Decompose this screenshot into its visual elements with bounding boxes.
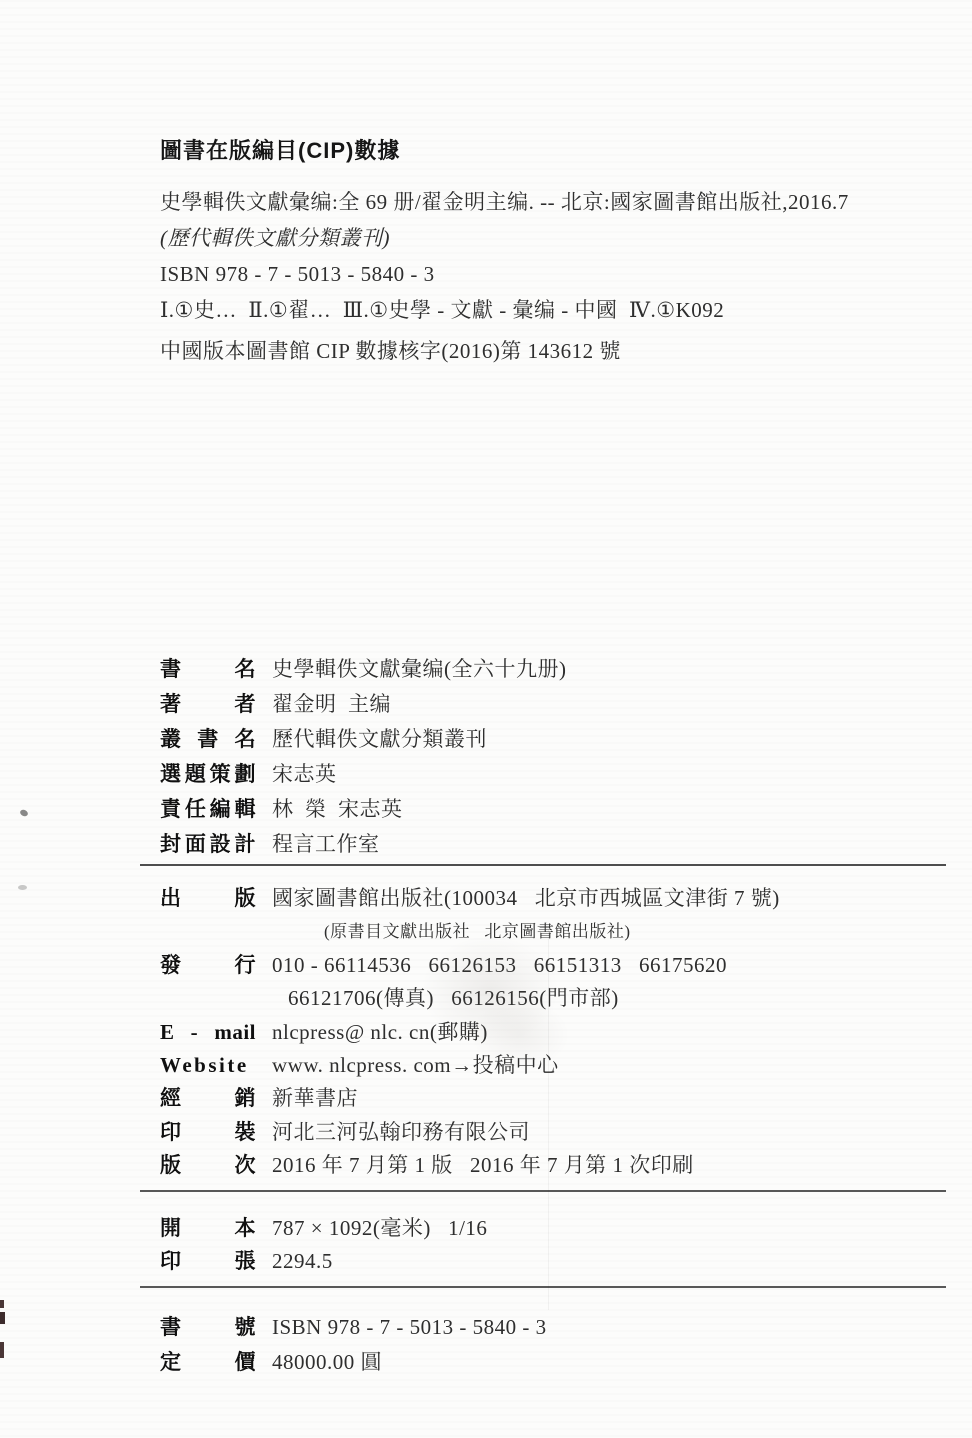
- field-label: 書名: [160, 652, 256, 687]
- field-label: 開本: [160, 1212, 256, 1245]
- format-block: 開本 787 × 1092(毫米) 1/16 印張 2294.5: [160, 1212, 946, 1278]
- field-row-email: E - mail nlcpress@ nlc. cn(郵購): [160, 1016, 946, 1049]
- field-value: 河北三河弘翰印務有限公司: [272, 1116, 530, 1149]
- field-row-former-publishers: (原書目文獻出版社 北京圖書館出版社): [160, 915, 946, 948]
- field-row-series-name: 叢書名 歷代輯佚文獻分類叢刊: [160, 722, 946, 757]
- field-row-printer: 印裝 河北三河弘翰印務有限公司: [160, 1116, 946, 1149]
- field-row-price: 定價 48000.00 圓: [160, 1345, 946, 1380]
- cip-block: 圖書在版編目(CIP)數據 史學輯佚文獻彙编:全 69 册/翟金明主编. -- …: [160, 136, 946, 369]
- field-row-responsible-editor: 責任編輯 林 榮 宋志英: [160, 792, 946, 827]
- scan-edge-mark: [0, 1312, 5, 1324]
- field-value: 林 榮 宋志英: [272, 792, 403, 827]
- field-value: 66121706(傳真) 66126156(門市部): [288, 982, 619, 1015]
- field-row-cover-design: 封面設計 程言工作室: [160, 827, 946, 862]
- field-row-trim-size: 開本 787 × 1092(毫米) 1/16: [160, 1212, 946, 1245]
- cip-series-line: (歷代輯佚文獻分類叢刊): [160, 220, 946, 256]
- field-label: 選題策劃: [160, 757, 256, 792]
- paper-crease: [548, 930, 549, 1310]
- scan-speck: [19, 809, 29, 818]
- field-label: 印張: [160, 1245, 256, 1278]
- field-value: 歷代輯佚文獻分類叢刊: [272, 722, 487, 757]
- field-row-distribution-phones: 發行 010 - 66114536 66126153 66151313 6617…: [160, 949, 946, 982]
- field-value: 國家圖書館出版社(100034 北京市西城區文津街 7 號): [272, 882, 780, 915]
- field-value: 2016 年 7 月第 1 版 2016 年 7 月第 1 次印刷: [272, 1149, 694, 1182]
- field-value: 787 × 1092(毫米) 1/16: [272, 1212, 487, 1245]
- field-label: 發行: [160, 949, 256, 982]
- field-value: 新華書店: [272, 1082, 358, 1115]
- field-row-website: Website www. nlcpress. com→投稿中心: [160, 1049, 946, 1082]
- scan-edge-mark: [0, 1300, 4, 1308]
- cip-heading: 圖書在版編目(CIP)數據: [160, 136, 946, 166]
- field-value: 翟金明 主编: [272, 687, 391, 722]
- field-label: 版次: [160, 1149, 256, 1182]
- field-value: 程言工作室: [272, 827, 380, 862]
- field-row-distribution-phones-continued: 66121706(傳真) 66126156(門市部): [160, 982, 946, 1015]
- field-value: 2294.5: [272, 1245, 333, 1278]
- cip-record-number-line: 中國版本圖書館 CIP 數據核字(2016)第 143612 號: [160, 333, 946, 369]
- divider-line: [140, 864, 946, 866]
- field-row-author: 著者 翟金明 主编: [160, 687, 946, 722]
- field-row-publisher: 出版 國家圖書館出版社(100034 北京市西城區文津街 7 號): [160, 882, 946, 915]
- field-row-book-title: 書名 史學輯佚文獻彙编(全六十九册): [160, 652, 946, 687]
- scan-speck: [18, 885, 27, 890]
- field-label: 印裝: [160, 1116, 256, 1149]
- field-value: 宋志英: [272, 757, 337, 792]
- field-row-printed-sheets: 印張 2294.5: [160, 1245, 946, 1278]
- field-label: 封面設計: [160, 827, 256, 862]
- divider-line: [140, 1190, 946, 1192]
- field-value: 48000.00 圓: [272, 1345, 382, 1379]
- book-info-block: 書名 史學輯佚文獻彙编(全六十九册) 著者 翟金明 主编 叢書名 歷代輯佚文獻分…: [160, 652, 946, 862]
- field-label: 出版: [160, 882, 256, 915]
- field-row-edition: 版次 2016 年 7 月第 1 版 2016 年 7 月第 1 次印刷: [160, 1149, 946, 1182]
- cip-title-line: 史學輯佚文獻彙编:全 69 册/翟金明主编. -- 北京:國家圖書館出版社,20…: [160, 184, 946, 220]
- cip-classification-line: Ⅰ.①史… Ⅱ.①翟… Ⅲ.①史學 - 文獻 - 彙编 - 中國 Ⅳ.①K092: [160, 292, 946, 328]
- field-row-distributor: 經銷 新華書店: [160, 1082, 946, 1115]
- divider-line: [140, 1286, 946, 1288]
- field-label: 經銷: [160, 1082, 256, 1115]
- field-label: Website: [160, 1049, 256, 1082]
- field-label: 責任編輯: [160, 792, 256, 827]
- field-value: ISBN 978 - 7 - 5013 - 5840 - 3: [272, 1310, 547, 1344]
- field-value: www. nlcpress. com→投稿中心: [272, 1049, 559, 1082]
- field-label: 叢書名: [160, 722, 256, 757]
- publishing-block: 出版 國家圖書館出版社(100034 北京市西城區文津街 7 號) (原書目文獻…: [160, 882, 946, 1183]
- field-row-topic-planner: 選題策劃 宋志英: [160, 757, 946, 792]
- field-value: 史學輯佚文獻彙编(全六十九册): [272, 652, 567, 687]
- field-label: E - mail: [160, 1016, 256, 1049]
- field-label: 著者: [160, 687, 256, 722]
- field-value: nlcpress@ nlc. cn(郵購): [272, 1016, 488, 1049]
- scan-edge-mark: [0, 1342, 4, 1358]
- field-row-isbn: 書號 ISBN 978 - 7 - 5013 - 5840 - 3: [160, 1310, 946, 1345]
- field-value: 010 - 66114536 66126153 66151313 6617562…: [272, 949, 727, 982]
- field-value: (原書目文獻出版社 北京圖書館出版社): [324, 915, 631, 948]
- field-label: 定價: [160, 1346, 256, 1380]
- scanned-copyright-page: 圖書在版編目(CIP)數據 史學輯佚文獻彙编:全 69 册/翟金明主编. -- …: [0, 0, 972, 1438]
- field-label: 書號: [160, 1311, 256, 1345]
- price-block: 書號 ISBN 978 - 7 - 5013 - 5840 - 3 定價 480…: [160, 1310, 946, 1380]
- cip-isbn-line: ISBN 978 - 7 - 5013 - 5840 - 3: [160, 256, 946, 292]
